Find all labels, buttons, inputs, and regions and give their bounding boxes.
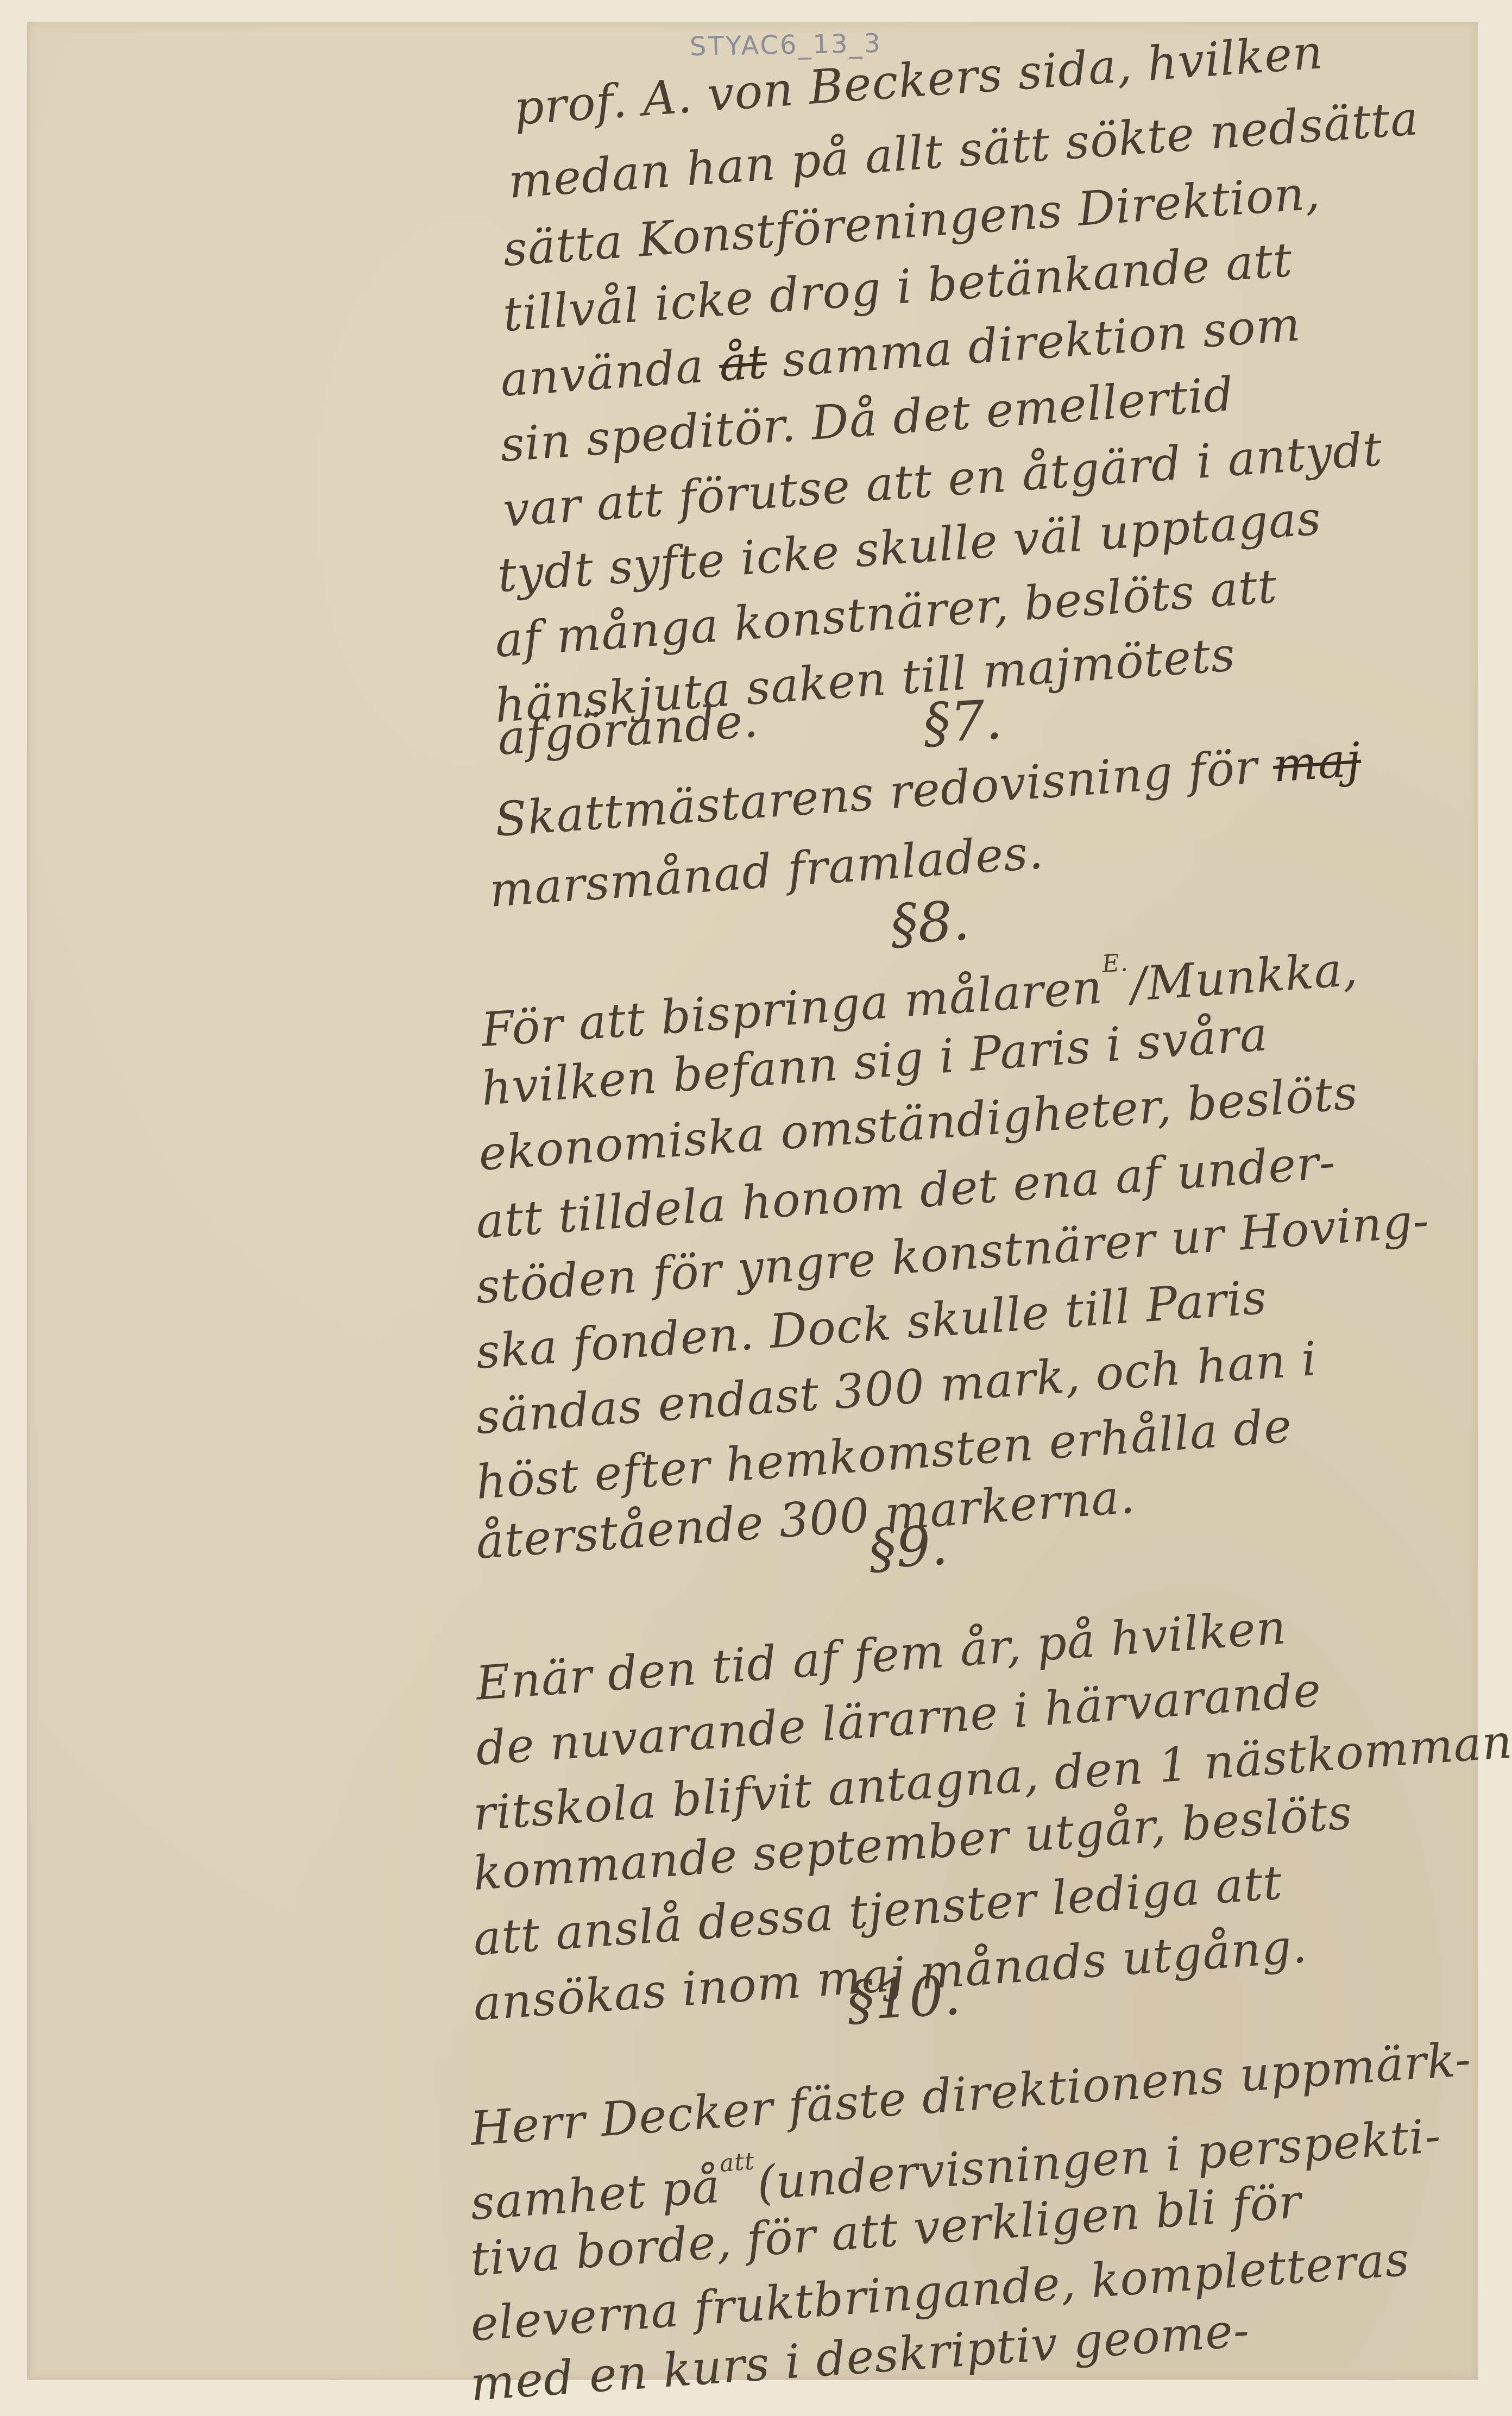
superscript-insertion: att: [719, 2148, 755, 2178]
archive-id-label: STYAC6_13_3: [690, 28, 883, 62]
superscript-initial: E.: [1101, 949, 1129, 978]
section-marker-8: §8.: [889, 889, 971, 956]
section-marker-7: §7.: [922, 688, 1004, 755]
struck-word: maj: [1271, 733, 1363, 793]
section-marker-10: §10.: [846, 1964, 962, 2033]
section-marker-9: §9.: [867, 1513, 949, 1581]
struck-word: åt: [717, 335, 769, 392]
